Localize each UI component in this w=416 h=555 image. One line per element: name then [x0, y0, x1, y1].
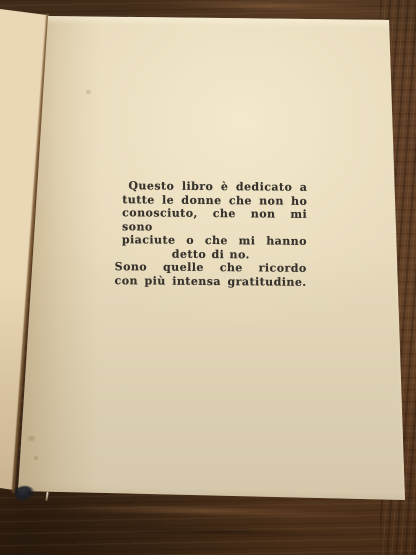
book-photograph: Questo libro è dedicato a tutte le donne… — [0, 0, 416, 555]
dedication-line: Questo libro è dedicato a — [115, 179, 307, 194]
dedication-line: Sono quelle che ricordo — [115, 260, 307, 275]
dedication-text: Questo libro è dedicato a tutte le donne… — [115, 179, 308, 289]
page-stain — [34, 456, 38, 460]
page-stain — [28, 436, 35, 441]
dedication-line: con più intensa gratitudine. — [115, 274, 307, 289]
dedication-line: conosciuto, che non mi sono — [115, 206, 307, 235]
book-right-page: Questo libro è dedicato a tutte le donne… — [0, 0, 416, 555]
page-stain — [86, 90, 91, 94]
dedication-line: piaciute o che mi hanno — [115, 233, 307, 248]
